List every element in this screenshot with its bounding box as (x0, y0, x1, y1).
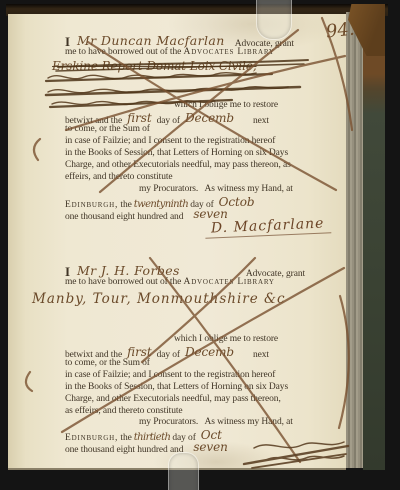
page-tab-top (256, 0, 292, 40)
handwritten-book-titles: Manby, Tour, Monmouthshire &c (32, 291, 286, 307)
printed-line: which I oblige me to restore (174, 100, 278, 110)
printed-line: effeirs, and thereto constitute (65, 172, 173, 182)
printed-line: as effeirs, and thereto constitute (65, 406, 183, 416)
printed-line: me to have borrowed out of the Advocates… (65, 47, 275, 57)
struck-signature-icon (244, 442, 348, 468)
handwritten-struck-titles: Erskine Report Domat Loix Civile, (52, 59, 257, 73)
book-page-edges (346, 12, 363, 468)
printed-line: one thousand eight hundred andseven (65, 441, 233, 455)
page-tab-bottom (168, 452, 199, 490)
printed-line: in the Books of Session, that Letters of… (65, 148, 288, 158)
printed-line: me to have borrowed out of the Advocates… (65, 277, 275, 287)
handwritten-return-month: Decemb (185, 111, 234, 125)
book-cover-edge (363, 4, 385, 470)
printed-line: which I oblige me to restore (174, 334, 278, 344)
printed-line: Charge, and other Executorials needful, … (65, 394, 281, 404)
printed-line: my Procurators. As witness my Hand, at (139, 417, 293, 427)
printed-line: to come, or the Sum of (65, 124, 150, 134)
printed-line: in case of Failzie; and I consent to the… (65, 370, 275, 380)
printed-line: Charge, and other Executorials needful, … (65, 160, 291, 170)
printed-library: Advocates Library (184, 47, 275, 57)
printed-line: my Procurators. As witness my Hand, at (139, 184, 293, 194)
handwritten-return-day: first (127, 111, 152, 125)
printed-line: to come, or the Sum of (65, 358, 150, 368)
printed-line: in case of Failzie; and I consent to the… (65, 136, 275, 146)
handwritten-return-day: first (127, 345, 152, 359)
handwritten-borrower-name: Mr Duncan Macfarlan (77, 33, 225, 48)
handwritten-year: seven (193, 440, 227, 454)
photo-background: { "photo": { "page_number": "94." }, "fo… (0, 0, 400, 490)
handwritten-return-month: Decemb (185, 345, 234, 359)
printed-line: in the Books of Session, that Letters of… (65, 382, 288, 392)
handwritten-borrower-name: Mr J. H. Forbes (77, 263, 180, 278)
printed-borrow: me to have borrowed out of the (65, 47, 181, 57)
book-page: 94. IMr Duncan MacfarlanAdvocate, grant … (8, 14, 346, 470)
handwritten-year: seven (193, 207, 227, 221)
page-number: 94. (325, 19, 356, 43)
